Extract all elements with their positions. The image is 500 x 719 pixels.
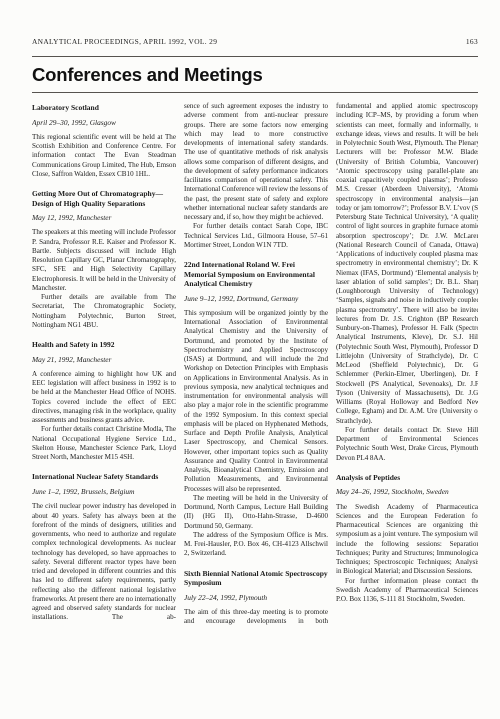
journal-page: ANALYTICAL PROCEEDINGS, APRIL 1992, VOL.… (0, 0, 500, 719)
paragraph: fundamental and applied atomic spectrosc… (336, 102, 478, 426)
page-title: Conferences and Meetings (32, 64, 478, 86)
entry-date: June 1–2, 1992, Brussels, Belgium (32, 487, 176, 496)
page-number: 163 (466, 37, 478, 46)
column-1: Laboratory Scotland April 29–30, 1992, G… (32, 102, 176, 710)
entry-heading: Analysis of Peptides (336, 473, 478, 483)
paragraph: Further details are available from The S… (32, 293, 176, 330)
entry-heading: 22nd International Roland W. Frei Memori… (184, 260, 328, 289)
paragraph: The speakers at this meeting will includ… (32, 228, 176, 293)
entry-heading: Sixth Biennial National Atomic Spectrosc… (184, 569, 328, 588)
divider-under-title (32, 92, 478, 93)
entry-date: May 21, 1992, Manchester (32, 355, 176, 364)
running-head: ANALYTICAL PROCEEDINGS, APRIL 1992, VOL.… (32, 37, 478, 46)
paragraph: For further details contact Dr. Steve Hi… (336, 426, 478, 463)
entry-date: April 29–30, 1992, Glasgow (32, 118, 176, 127)
paragraph: The Swedish Academy of Pharmaceutical Sc… (336, 503, 478, 577)
entry-heading: Getting More Out of Chromatography—Desig… (32, 189, 176, 208)
paragraph: For further information please contact t… (336, 577, 478, 605)
entry-date: June 9–12, 1992, Dortmund, Germany (184, 294, 328, 303)
paragraph: The address of the Symposium Office is M… (184, 531, 328, 559)
entry-date: May 12, 1992, Manchester (32, 213, 176, 222)
paragraph: The aim of this three-day meeting is to … (184, 608, 328, 627)
entry-heading: International Nuclear Safety Standards (32, 472, 176, 482)
entry-heading: Laboratory Scotland (32, 103, 176, 113)
entry-date: July 22–24, 1992, Plymouth (184, 593, 328, 602)
paragraph: The civil nuclear power industry has dev… (32, 502, 176, 622)
paragraph: The meeting will be held in the Universi… (184, 494, 328, 531)
column-2: sence of such agreement exposes the indu… (184, 102, 328, 710)
journal-volume-text: ANALYTICAL PROCEEDINGS, APRIL 1992, VOL.… (32, 37, 217, 46)
paragraph: For further details contact Christine Mo… (32, 425, 176, 462)
content-columns: Laboratory Scotland April 29–30, 1992, G… (32, 102, 478, 710)
paragraph: This regional scientific event will be h… (32, 133, 176, 179)
paragraph: A conference aiming to highlight how UK … (32, 370, 176, 426)
paragraph: For further details contact Sarah Cope, … (184, 222, 328, 250)
paragraph: This symposium will be organized jointly… (184, 309, 328, 494)
entry-heading: Health and Safety in 1992 (32, 340, 176, 350)
entry-date: May 24–26, 1992, Stockholm, Sweden (336, 487, 478, 496)
divider-top (32, 56, 478, 57)
paragraph: sence of such agreement exposes the indu… (184, 102, 328, 222)
column-3: fundamental and applied atomic spectrosc… (336, 102, 478, 710)
